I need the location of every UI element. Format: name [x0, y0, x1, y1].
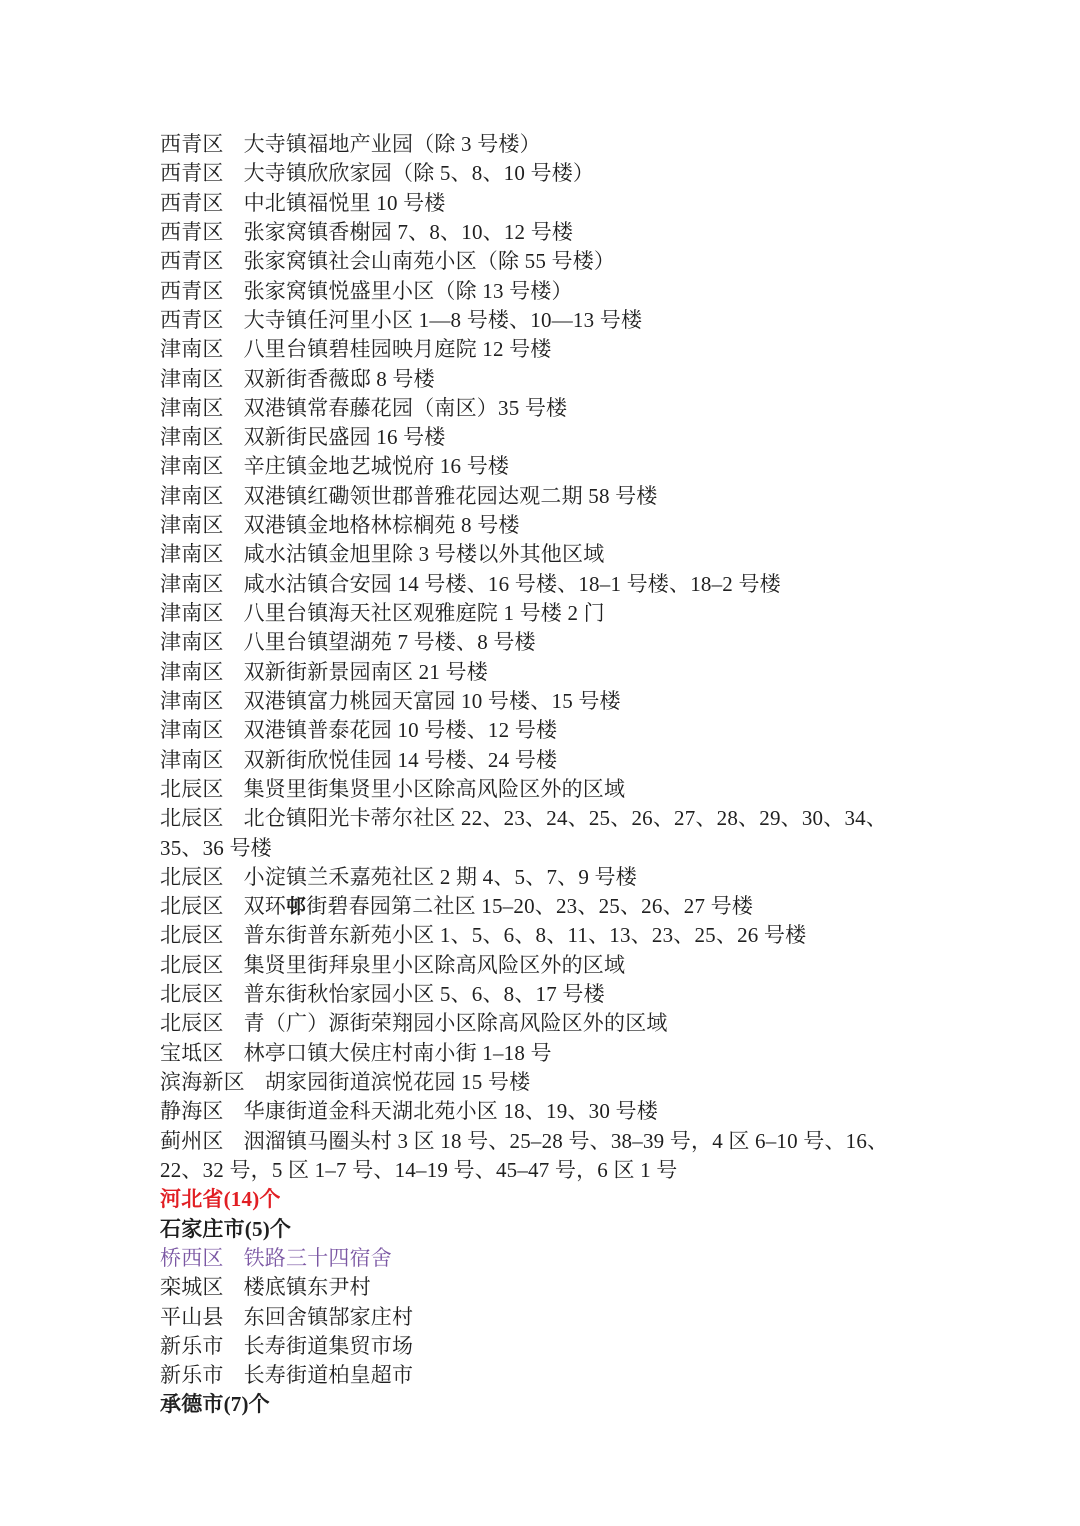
- list-item: 滨海新区胡家园街道滨悦花园 15 号楼: [160, 1068, 918, 1097]
- location-detail: 铁路三十四宿舍: [244, 1246, 392, 1270]
- list-item: 北辰区小淀镇兰禾嘉苑社区 2 期 4、5、7、9 号楼: [160, 863, 918, 892]
- location-detail: 辛庄镇金地艺城悦府 16 号楼: [244, 454, 510, 478]
- list-item: 津南区咸水沽镇合安园 14 号楼、16 号楼、18–1 号楼、18–2 号楼: [160, 570, 918, 599]
- location-detail: 双环邨街碧春园第二社区 15–20、23、25、26、27 号楼: [244, 894, 753, 918]
- list-item: 津南区八里台镇望湖苑 7 号楼、8 号楼: [160, 628, 918, 657]
- list-item: 津南区双新街欣悦佳园 14 号楼、24 号楼: [160, 746, 918, 775]
- list-item: 津南区双新街香薇邸 8 号楼: [160, 365, 918, 394]
- district-label: 北辰区: [160, 865, 224, 889]
- document-body: 西青区大寺镇福地产业园（除 3 号楼） 西青区大寺镇欣欣家园（除 5、8、10 …: [160, 130, 918, 1420]
- list-item: 北辰区普东街秋怡家园小区 5、6、8、17 号楼: [160, 980, 918, 1009]
- list-item: 津南区咸水沽镇金旭里除 3 号楼以外其他区域: [160, 540, 918, 569]
- document-page: 西青区大寺镇福地产业园（除 3 号楼） 西青区大寺镇欣欣家园（除 5、8、10 …: [0, 0, 1080, 1526]
- location-detail: 双港镇常春藤花园（南区）35 号楼: [244, 396, 568, 420]
- list-item: 津南区八里台镇碧桂园映月庭院 12 号楼: [160, 335, 918, 364]
- location-detail: 小淀镇兰禾嘉苑社区 2 期 4、5、7、9 号楼: [244, 865, 637, 889]
- list-item: 北辰区集贤里街拜泉里小区除高风险区外的区域: [160, 951, 918, 980]
- list-item: 蓟州区洇溜镇马圈头村 3 区 18 号、25–28 号、38–39 号，4 区 …: [160, 1127, 918, 1186]
- district-label: 津南区: [160, 660, 224, 684]
- district-label: 西青区: [160, 220, 224, 244]
- fallback-glyph: 邨: [286, 894, 306, 918]
- location-detail: 双港镇富力桃园天富园 10 号楼、15 号楼: [244, 689, 621, 713]
- list-item: 静海区华康街道金科天湖北苑小区 18、19、30 号楼: [160, 1097, 918, 1126]
- list-item: 北辰区双环邨街碧春园第二社区 15–20、23、25、26、27 号楼: [160, 892, 918, 921]
- list-item: 津南区双港镇常春藤花园（南区）35 号楼: [160, 394, 918, 423]
- district-label: 津南区: [160, 689, 224, 713]
- district-label: 津南区: [160, 630, 224, 654]
- district-label: 北辰区: [160, 1011, 224, 1035]
- district-label: 北辰区: [160, 894, 224, 918]
- district-label: 滨海新区: [160, 1070, 245, 1094]
- list-item: 津南区双港镇普泰花园 10 号楼、12 号楼: [160, 716, 918, 745]
- location-detail: 张家窝镇社会山南苑小区（除 55 号楼）: [244, 249, 616, 273]
- location-detail: 集贤里街拜泉里小区除高风险区外的区域: [244, 953, 626, 977]
- list-item: 栾城区楼底镇东尹村: [160, 1273, 918, 1302]
- list-item: 津南区辛庄镇金地艺城悦府 16 号楼: [160, 452, 918, 481]
- location-detail: 青（广）源街荣翔园小区除高风险区外的区域: [244, 1011, 668, 1035]
- list-item: 津南区双新街新景园南区 21 号楼: [160, 658, 918, 687]
- location-detail: 大寺镇任河里小区 1—8 号楼、10—13 号楼: [244, 308, 643, 332]
- location-detail: 双港镇普泰花园 10 号楼、12 号楼: [244, 718, 558, 742]
- district-label: 津南区: [160, 454, 224, 478]
- location-detail: 胡家园街道滨悦花园 15 号楼: [265, 1070, 531, 1094]
- location-detail: 大寺镇欣欣家园（除 5、8、10 号楼）: [244, 161, 595, 185]
- district-label: 新乐市: [160, 1334, 224, 1358]
- location-detail: 普东街秋怡家园小区 5、6、8、17 号楼: [244, 982, 605, 1006]
- location-detail: 双新街欣悦佳园 14 号楼、24 号楼: [244, 748, 558, 772]
- list-item: 津南区双港镇红磡领世郡普雅花园达观二期 58 号楼: [160, 482, 918, 511]
- location-detail: 长寿街道柏皇超市: [244, 1363, 414, 1387]
- location-detail: 北仓镇阳光卡蒂尔社区 22、23、24、25、26、27、28、29、30、34…: [160, 806, 887, 859]
- highlighted-list-item: 桥西区铁路三十四宿舍: [160, 1244, 918, 1273]
- list-item: 西青区张家窝镇香榭园 7、8、10、12 号楼: [160, 218, 918, 247]
- location-detail: 张家窝镇悦盛里小区（除 13 号楼）: [244, 279, 573, 303]
- list-item: 西青区大寺镇福地产业园（除 3 号楼）: [160, 130, 918, 159]
- district-label: 静海区: [160, 1099, 224, 1123]
- district-label: 津南区: [160, 425, 224, 449]
- location-detail: 八里台镇望湖苑 7 号楼、8 号楼: [244, 630, 536, 654]
- location-detail: 双港镇红磡领世郡普雅花园达观二期 58 号楼: [244, 484, 658, 508]
- location-detail: 张家窝镇香榭园 7、8、10、12 号楼: [244, 220, 574, 244]
- location-detail: 洇溜镇马圈头村 3 区 18 号、25–28 号、38–39 号，4 区 6–1…: [160, 1129, 888, 1182]
- section-header: 石家庄市(5)个: [160, 1215, 918, 1244]
- location-detail: 长寿街道集贸市场: [244, 1334, 414, 1358]
- district-label: 津南区: [160, 396, 224, 420]
- list-item: 新乐市长寿街道集贸市场: [160, 1332, 918, 1361]
- district-label: 北辰区: [160, 923, 224, 947]
- district-label: 西青区: [160, 279, 224, 303]
- district-label: 西青区: [160, 249, 224, 273]
- location-detail: 楼底镇东尹村: [244, 1275, 371, 1299]
- district-label: 津南区: [160, 748, 224, 772]
- district-label: 津南区: [160, 542, 224, 566]
- district-label: 宝坻区: [160, 1041, 224, 1065]
- district-label: 津南区: [160, 337, 224, 361]
- list-item: 北辰区北仓镇阳光卡蒂尔社区 22、23、24、25、26、27、28、29、30…: [160, 804, 918, 863]
- list-item: 北辰区集贤里街集贤里小区除高风险区外的区域: [160, 775, 918, 804]
- list-item: 津南区双新街民盛园 16 号楼: [160, 423, 918, 452]
- district-label: 北辰区: [160, 806, 224, 830]
- district-label: 西青区: [160, 191, 224, 215]
- list-item: 津南区双港镇富力桃园天富园 10 号楼、15 号楼: [160, 687, 918, 716]
- district-label: 津南区: [160, 367, 224, 391]
- district-label: 北辰区: [160, 777, 224, 801]
- list-item: 北辰区普东街普东新苑小区 1、5、6、8、11、13、23、25、26 号楼: [160, 921, 918, 950]
- list-item: 津南区八里台镇海天社区观雅庭院 1 号楼 2 门: [160, 599, 918, 628]
- list-item: 西青区张家窝镇悦盛里小区（除 13 号楼）: [160, 277, 918, 306]
- location-detail: 双新街民盛园 16 号楼: [244, 425, 446, 449]
- section-header: 承德市(7)个: [160, 1390, 918, 1419]
- location-detail: 华康街道金科天湖北苑小区 18、19、30 号楼: [244, 1099, 658, 1123]
- list-item: 西青区中北镇福悦里 10 号楼: [160, 189, 918, 218]
- location-detail: 双港镇金地格林棕榈苑 8 号楼: [244, 513, 520, 537]
- district-label: 津南区: [160, 513, 224, 537]
- district-label: 北辰区: [160, 953, 224, 977]
- district-label: 西青区: [160, 161, 224, 185]
- location-detail: 咸水沽镇金旭里除 3 号楼以外其他区域: [244, 542, 605, 566]
- list-item: 西青区大寺镇欣欣家园（除 5、8、10 号楼）: [160, 159, 918, 188]
- location-detail: 大寺镇福地产业园（除 3 号楼）: [244, 132, 541, 156]
- district-label: 平山县: [160, 1305, 224, 1329]
- district-label: 桥西区: [160, 1246, 224, 1270]
- district-label: 蓟州区: [160, 1129, 224, 1153]
- district-label: 津南区: [160, 601, 224, 625]
- list-item: 西青区大寺镇任河里小区 1—8 号楼、10—13 号楼: [160, 306, 918, 335]
- section-header: 河北省(14)个: [160, 1185, 918, 1214]
- list-item: 新乐市长寿街道柏皇超市: [160, 1361, 918, 1390]
- list-item: 平山县东回舍镇郜家庄村: [160, 1303, 918, 1332]
- location-detail: 双新街新景园南区 21 号楼: [244, 660, 488, 684]
- location-detail: 东回舍镇郜家庄村: [244, 1305, 414, 1329]
- location-detail: 双新街香薇邸 8 号楼: [244, 367, 435, 391]
- district-label: 西青区: [160, 308, 224, 332]
- location-detail: 普东街普东新苑小区 1、5、6、8、11、13、23、25、26 号楼: [244, 923, 807, 947]
- list-item: 津南区双港镇金地格林棕榈苑 8 号楼: [160, 511, 918, 540]
- district-label: 栾城区: [160, 1275, 224, 1299]
- location-detail: 中北镇福悦里 10 号楼: [244, 191, 446, 215]
- location-detail: 咸水沽镇合安园 14 号楼、16 号楼、18–1 号楼、18–2 号楼: [244, 572, 781, 596]
- district-label: 新乐市: [160, 1363, 224, 1387]
- list-item: 北辰区青（广）源街荣翔园小区除高风险区外的区域: [160, 1009, 918, 1038]
- district-label: 北辰区: [160, 982, 224, 1006]
- list-item: 西青区张家窝镇社会山南苑小区（除 55 号楼）: [160, 247, 918, 276]
- location-detail: 八里台镇海天社区观雅庭院 1 号楼 2 门: [244, 601, 605, 625]
- district-label: 西青区: [160, 132, 224, 156]
- district-label: 津南区: [160, 572, 224, 596]
- list-item: 宝坻区林亭口镇大侯庄村南小街 1–18 号: [160, 1039, 918, 1068]
- district-label: 津南区: [160, 718, 224, 742]
- location-detail: 集贤里街集贤里小区除高风险区外的区域: [244, 777, 626, 801]
- district-label: 津南区: [160, 484, 224, 508]
- location-detail: 林亭口镇大侯庄村南小街 1–18 号: [244, 1041, 552, 1065]
- location-detail: 八里台镇碧桂园映月庭院 12 号楼: [244, 337, 552, 361]
